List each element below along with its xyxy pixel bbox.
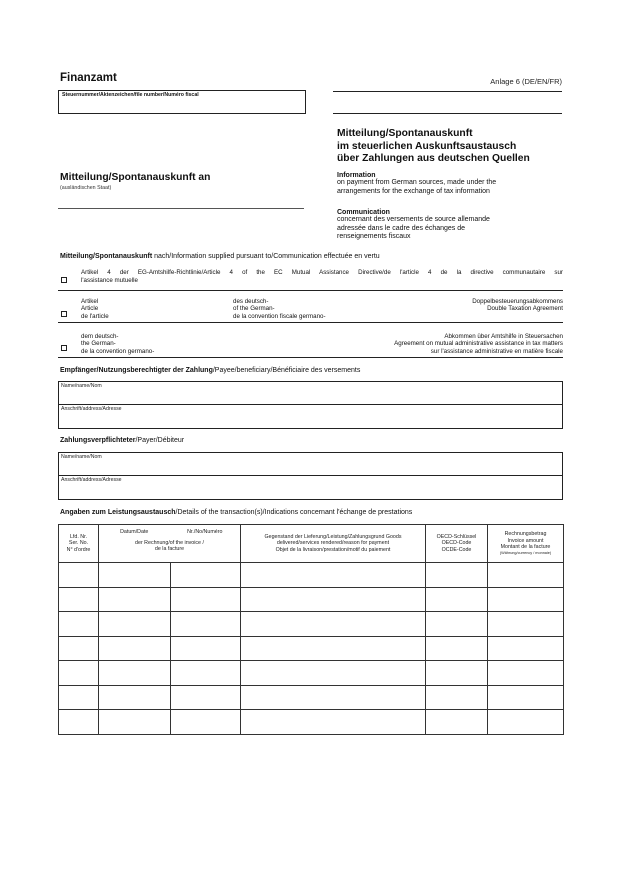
cell-number[interactable] [171, 612, 241, 637]
transactions-heading-bold: Angaben zum Leistungsaustausch [60, 509, 176, 516]
cell-subject[interactable] [241, 612, 426, 637]
title-line: über Zahlungen aus deutschen Quellen [337, 153, 567, 166]
cell-oecd-code[interactable] [426, 612, 488, 637]
payee-heading-bold: Empfänger/Nutzungsberechtigter der Zahlu… [60, 367, 213, 374]
payer-address-label: Anschrift/address/Adresse [61, 477, 122, 483]
cell-number[interactable] [171, 563, 241, 588]
payer-heading-bold: Zahlungsverpflichteter [60, 437, 135, 444]
payer-name-label: Name/name/Nom [61, 454, 102, 460]
cell-oecd-code[interactable] [426, 685, 488, 710]
option-eu-directive-line1: Artikel 4 der EG-Amtshilfe-Richtlinie/Ar… [81, 269, 563, 276]
checkbox-mutual-assistance[interactable] [61, 345, 67, 351]
payer-heading: Zahlungsverpflichteter/Payer/Débiteur [60, 437, 184, 444]
header-text: N° d'ordre [59, 547, 98, 554]
text-line: dem deutsch- [81, 333, 154, 340]
cell-number[interactable] [171, 710, 241, 735]
header-text: Objet de la livraison/prestation/motif d… [241, 547, 425, 554]
option-eu-directive-line2: l'assistance mutuelle [81, 277, 138, 284]
payer-address-field[interactable]: Anschrift/address/Adresse [59, 476, 562, 499]
table-row [59, 587, 564, 612]
payee-heading-rest: /Payee/beneficiary/Bénéficiaire des vers… [213, 367, 360, 374]
payee-name-label: Name/name/Nom [61, 383, 102, 389]
communication-block: Communication concernant des versements … [337, 209, 567, 242]
cell-serial[interactable] [59, 563, 99, 588]
col-serial: Lfd. Nr. Ser. No. N° d'ordre [59, 525, 99, 563]
text-line: the German- [81, 340, 154, 347]
authority-title: Finanzamt [60, 72, 117, 84]
header-text: OCDE-Code [426, 547, 487, 554]
col-subject: Gegenstand der Lieferung/Leistung/Zahlun… [241, 525, 426, 563]
option-dta-article: Artikel Article de l'article [81, 298, 109, 320]
cell-amount[interactable] [488, 661, 564, 686]
col-invoice-date-number: Datum/Date Nr./No/Numéro der Rechnung/of… [99, 525, 241, 563]
cell-serial[interactable] [59, 661, 99, 686]
cell-number[interactable] [171, 636, 241, 661]
payee-heading: Empfänger/Nutzungsberechtigter der Zahlu… [60, 367, 360, 374]
text-line: Double Taxation Agreement [472, 305, 563, 312]
table-row [59, 563, 564, 588]
cell-amount[interactable] [488, 685, 564, 710]
checkbox-eu-directive[interactable] [61, 277, 67, 283]
cell-serial[interactable] [59, 612, 99, 637]
text-line: Article [81, 305, 109, 312]
text-line: of the German- [233, 305, 326, 312]
option-dta-agreement: Doppelbesteuerungsabkommens Double Taxat… [472, 298, 563, 313]
table-row [59, 612, 564, 637]
payer-heading-rest: /Payer/Débiteur [135, 437, 184, 444]
cell-oecd-code[interactable] [426, 710, 488, 735]
cell-amount[interactable] [488, 587, 564, 612]
transactions-heading-rest: /Details of the transaction(s)/Indicatio… [176, 509, 413, 516]
payee-box: Name/name/Nom Anschrift/address/Adresse [58, 381, 563, 429]
payer-name-field[interactable]: Name/name/Nom [59, 453, 562, 476]
annex-label: Anlage 6 (DE/EN/FR) [490, 77, 562, 86]
info-block: Information on payment from German sourc… [337, 172, 567, 196]
text-line: Doppelbesteuerungsabkommens [472, 298, 563, 305]
table-row [59, 685, 564, 710]
payee-address-label: Anschrift/address/Adresse [61, 406, 122, 412]
table-header-row: Lfd. Nr. Ser. No. N° d'ordre Datum/Date … [59, 525, 564, 563]
address-line-1[interactable] [333, 91, 562, 92]
cell-subject[interactable] [241, 685, 426, 710]
divider [58, 322, 563, 323]
cell-date[interactable] [99, 685, 171, 710]
communication-text: concernant des versements de source alle… [337, 216, 567, 225]
legal-basis-heading-rest: nach/Information supplied pursuant to/Co… [152, 253, 380, 260]
text-line: des deutsch- [233, 298, 326, 305]
communication-text: renseignements fiscaux [337, 233, 567, 242]
communication-text: adressée dans le cadre des échanges de [337, 225, 567, 234]
cell-amount[interactable] [488, 612, 564, 637]
recipient-state-label: Mitteilung/Spontanauskunft an [60, 172, 210, 183]
cell-serial[interactable] [59, 685, 99, 710]
text-line: de la convention germano- [81, 348, 154, 355]
cell-oecd-code[interactable] [426, 636, 488, 661]
cell-amount[interactable] [488, 636, 564, 661]
cell-subject[interactable] [241, 661, 426, 686]
text-line: de la convention fiscale germano- [233, 313, 326, 320]
tax-number-field[interactable]: Steuernummer/Aktenzeichen/file number/Nu… [58, 90, 306, 114]
legal-basis-heading: Mitteilung/Spontanauskunft nach/Informat… [60, 253, 380, 260]
cell-amount[interactable] [488, 710, 564, 735]
cell-serial[interactable] [59, 636, 99, 661]
cell-date[interactable] [99, 563, 171, 588]
payee-address-field[interactable]: Anschrift/address/Adresse [59, 405, 562, 428]
cell-number[interactable] [171, 661, 241, 686]
transactions-heading: Angaben zum Leistungsaustausch/Details o… [60, 509, 412, 516]
info-text: on payment from German sources, made und… [337, 179, 567, 188]
col-number-label: Nr./No/Numéro [170, 529, 241, 536]
cell-subject[interactable] [241, 563, 426, 588]
address-line-2[interactable] [333, 113, 562, 114]
cell-date[interactable] [99, 710, 171, 735]
cell-date[interactable] [99, 587, 171, 612]
cell-subject[interactable] [241, 710, 426, 735]
info-text: arrangements for the exchange of tax inf… [337, 188, 567, 197]
legal-basis-heading-bold: Mitteilung/Spontanauskunft [60, 253, 152, 260]
option-mutual-country: dem deutsch- the German- de la conventio… [81, 333, 154, 355]
col-date-label: Datum/Date [99, 529, 170, 536]
form-title: Mitteilung/Spontanauskunft im steuerlich… [337, 128, 567, 166]
header-text: (Währung/currency / monnaie) [488, 551, 563, 556]
cell-serial[interactable] [59, 710, 99, 735]
cell-subject[interactable] [241, 636, 426, 661]
cell-oecd-code[interactable] [426, 587, 488, 612]
cell-date[interactable] [99, 661, 171, 686]
option-dta-country: des deutsch- of the German- de la conven… [233, 298, 326, 320]
cell-amount[interactable] [488, 563, 564, 588]
cell-number[interactable] [171, 587, 241, 612]
recipient-state-field[interactable] [58, 208, 304, 209]
text-line: sur l'assistance administrative en matiè… [394, 348, 563, 355]
cell-number[interactable] [171, 685, 241, 710]
table-row [59, 636, 564, 661]
checkbox-double-taxation[interactable] [61, 311, 67, 317]
text-line: de l'article [81, 313, 109, 320]
cell-oecd-code[interactable] [426, 563, 488, 588]
col-oecd-code: OECD-Schlüssel OECD-Code OCDE-Code [426, 525, 488, 563]
divider [58, 290, 563, 291]
cell-date[interactable] [99, 636, 171, 661]
payer-box: Name/name/Nom Anschrift/address/Adresse [58, 452, 563, 500]
payee-name-field[interactable]: Name/name/Nom [59, 382, 562, 405]
info-heading: Information [337, 172, 567, 179]
cell-date[interactable] [99, 612, 171, 637]
table-row [59, 661, 564, 686]
divider [58, 357, 563, 358]
cell-oecd-code[interactable] [426, 661, 488, 686]
cell-subject[interactable] [241, 587, 426, 612]
option-mutual-agreement: Abkommen über Amtshilfe in Steuersachen … [394, 333, 563, 355]
tax-number-label: Steuernummer/Aktenzeichen/file number/Nu… [62, 92, 199, 98]
col-invoice-amount: Rechnungsbetrag Invoice amount Montant d… [488, 525, 564, 563]
text-line: Artikel [81, 298, 109, 305]
header-text: de la facture [99, 546, 240, 553]
transactions-table: Lfd. Nr. Ser. No. N° d'ordre Datum/Date … [58, 524, 564, 735]
text-line: Agreement on mutual administrative assis… [394, 340, 563, 347]
table-row [59, 710, 564, 735]
cell-serial[interactable] [59, 587, 99, 612]
communication-heading: Communication [337, 209, 567, 216]
recipient-state-sublabel: (ausländischen Staat) [60, 185, 111, 191]
text-line: Abkommen über Amtshilfe in Steuersachen [394, 333, 563, 340]
title-line: Mitteilung/Spontanauskunft [337, 128, 567, 141]
title-line: im steuerlichen Auskunftsaustausch [337, 141, 567, 154]
